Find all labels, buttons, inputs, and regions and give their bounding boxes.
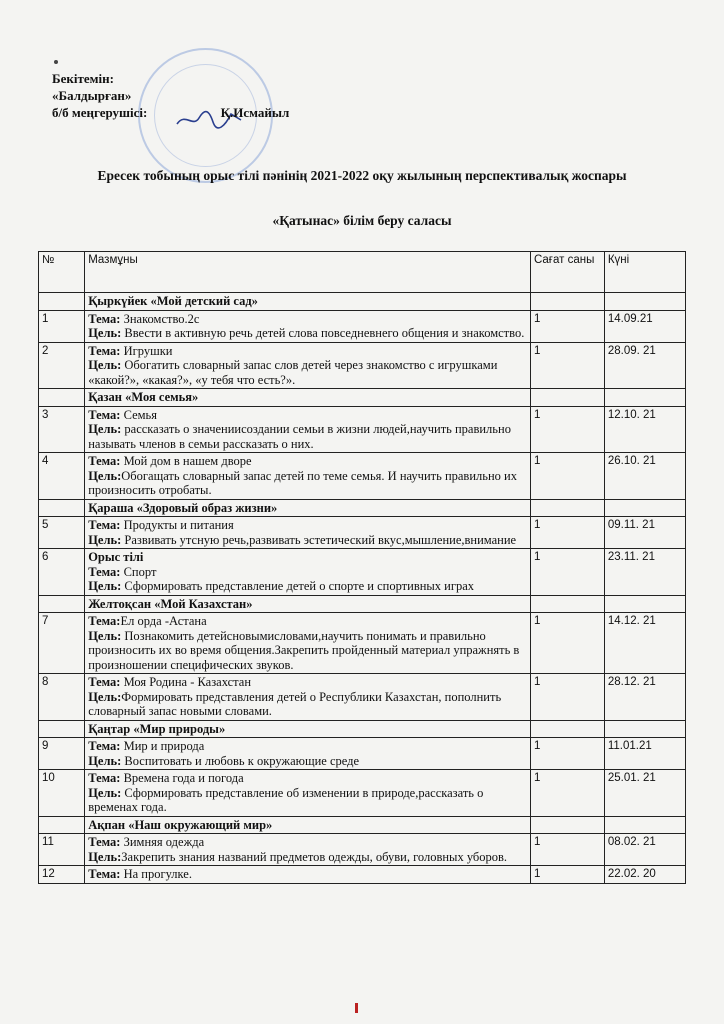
section-hours-cell xyxy=(530,499,604,517)
goal-label: Цель: xyxy=(88,786,121,800)
row-number: 5 xyxy=(39,517,85,549)
row-content: Тема: СемьяЦель: рассказать о значениисо… xyxy=(85,406,531,453)
section-hours-cell xyxy=(530,389,604,407)
section-num-cell xyxy=(39,595,85,613)
row-topic: Тема: Времена года и погода xyxy=(88,771,527,786)
row-date: 11.01.21 xyxy=(604,738,685,770)
topic-label: Тема: xyxy=(88,518,120,532)
goal-label: Цель: xyxy=(88,422,121,436)
plan-table: № Мазмұны Сағат саны Күні Қыркүйек «Мой … xyxy=(38,251,686,884)
section-title: Қазан «Моя семья» xyxy=(85,389,531,407)
row-hours: 1 xyxy=(530,738,604,770)
row-date: 09.11. 21 xyxy=(604,517,685,549)
row-number: 8 xyxy=(39,674,85,721)
row-topic: Тема: Семья xyxy=(88,408,527,423)
row-goal: Цель: Обогатить словарный запас слов дет… xyxy=(88,358,527,387)
row-date: 12.10. 21 xyxy=(604,406,685,453)
topic-text: Времена года и погода xyxy=(120,771,243,785)
row-topic: Тема: Игрушки xyxy=(88,344,527,359)
row-number: 7 xyxy=(39,613,85,674)
row-content: Тема: Продукты и питанияЦель: Развивать … xyxy=(85,517,531,549)
row-goal: Цель: Воспитовать и любовь к окружающие … xyxy=(88,754,527,769)
goal-label: Цель: xyxy=(88,358,121,372)
approval-position: б/б меңгерушісі: xyxy=(52,105,147,120)
goal-label: Цель: xyxy=(88,579,121,593)
row-goal: Цель: Ввести в активную речь детей слова… xyxy=(88,326,527,341)
row-date: 08.02. 21 xyxy=(604,834,685,866)
row-goal: Цель: Сформировать представление об изме… xyxy=(88,786,527,815)
topic-text: Мой дом в нашем дворе xyxy=(120,454,251,468)
section-num-cell xyxy=(39,499,85,517)
row-hours: 1 xyxy=(530,613,604,674)
row-hours: 1 xyxy=(530,517,604,549)
topic-label: Тема: xyxy=(88,454,120,468)
header-date: Күні xyxy=(604,252,685,293)
row-date: 25.01. 21 xyxy=(604,770,685,817)
row-hours: 1 xyxy=(530,866,604,884)
table-row: 7Тема:Ел орда -АстанаЦель: Познакомить д… xyxy=(39,613,686,674)
table-header-row: № Мазмұны Сағат саны Күні xyxy=(39,252,686,293)
section-hours-cell xyxy=(530,816,604,834)
table-row: 1Тема: Знакомство.2сЦель: Ввести в актив… xyxy=(39,310,686,342)
row-date: 14.09.21 xyxy=(604,310,685,342)
row-topic: Тема: Мир и природа xyxy=(88,739,527,754)
row-topic: Тема: Продукты и питания xyxy=(88,518,527,533)
row-content: Тема: Моя Родина - КазахстанЦель:Формиро… xyxy=(85,674,531,721)
topic-label: Тема: xyxy=(88,739,120,753)
section-hours-cell xyxy=(530,720,604,738)
topic-text: Продукты и питания xyxy=(120,518,233,532)
section-title: Желтоқсан «Мой Казахстан» xyxy=(85,595,531,613)
row-goal: Цель: Сформировать представление детей о… xyxy=(88,579,527,594)
goal-text: Обогатить словарный запас слов детей чер… xyxy=(88,358,497,387)
row-hours: 1 xyxy=(530,674,604,721)
row-topic: Тема:Ел орда -Астана xyxy=(88,614,527,629)
section-date-cell xyxy=(604,499,685,517)
section-row: Ақпан «Наш окружающий мир» xyxy=(39,816,686,834)
section-row: Желтоқсан «Мой Казахстан» xyxy=(39,595,686,613)
row-content: Тема: Времена года и погодаЦель: Сформир… xyxy=(85,770,531,817)
row-goal: Цель: Развивать утсную речь,развивать эс… xyxy=(88,533,527,548)
section-title: Қаңтар «Мир природы» xyxy=(85,720,531,738)
row-content: Тема: ИгрушкиЦель: Обогатить словарный з… xyxy=(85,342,531,389)
goal-label: Цель: xyxy=(88,690,121,704)
scan-speck xyxy=(54,60,58,64)
goal-label: Цель: xyxy=(88,326,121,340)
table-row: 6Орыс тіліТема: СпортЦель: Сформировать … xyxy=(39,549,686,596)
approval-signer: Қ.Исмайыл xyxy=(221,105,290,120)
row-content: Тема: Зимняя одеждаЦель:Закрепить знания… xyxy=(85,834,531,866)
document-page: Бекітемін: «Балдырған» б/б меңгерушісі: … xyxy=(0,0,724,1024)
table-row: 5Тема: Продукты и питанияЦель: Развивать… xyxy=(39,517,686,549)
topic-label: Тема: xyxy=(88,835,120,849)
topic-text: Спорт xyxy=(120,565,156,579)
table-row: 2Тема: ИгрушкиЦель: Обогатить словарный … xyxy=(39,342,686,389)
row-hours: 1 xyxy=(530,342,604,389)
topic-label: Тема: xyxy=(88,867,120,881)
topic-text: Знакомство.2с xyxy=(120,312,199,326)
goal-label: Цель: xyxy=(88,629,121,643)
approval-line-1: Бекітемін: xyxy=(52,70,289,87)
approval-line-2: «Балдырған» xyxy=(52,87,289,104)
table-row: 9Тема: Мир и природаЦель: Воспитовать и … xyxy=(39,738,686,770)
scan-mark xyxy=(355,1003,358,1013)
row-topic: Тема: Знакомство.2с xyxy=(88,312,527,327)
goal-text: Закрепить знания названий предметов одеж… xyxy=(121,850,507,864)
goal-text: Формировать представления детей о Респуб… xyxy=(88,690,501,719)
topic-text: Зимняя одежда xyxy=(120,835,204,849)
goal-label: Цель: xyxy=(88,533,121,547)
section-date-cell xyxy=(604,720,685,738)
section-num-cell xyxy=(39,816,85,834)
row-number: 4 xyxy=(39,453,85,500)
row-number: 10 xyxy=(39,770,85,817)
row-hours: 1 xyxy=(530,310,604,342)
row-date: 28.12. 21 xyxy=(604,674,685,721)
section-num-cell xyxy=(39,389,85,407)
document-subtitle: «Қатынас» білім беру саласы xyxy=(0,213,724,229)
section-date-cell xyxy=(604,816,685,834)
table-row: 3Тема: СемьяЦель: рассказать о значениис… xyxy=(39,406,686,453)
table-row: 10Тема: Времена года и погодаЦель: Сформ… xyxy=(39,770,686,817)
row-subject: Орыс тілі xyxy=(88,550,527,565)
row-number: 9 xyxy=(39,738,85,770)
row-date: 14.12. 21 xyxy=(604,613,685,674)
goal-text: Сформировать представление об изменении … xyxy=(88,786,483,815)
row-date: 28.09. 21 xyxy=(604,342,685,389)
row-goal: Цель:Обогащать словарный запас детей по … xyxy=(88,469,527,498)
section-row: Қыркүйек «Мой детский сад» xyxy=(39,293,686,311)
topic-label: Тема: xyxy=(88,344,120,358)
approval-line-3: б/б меңгерушісі: Қ.Исмайыл xyxy=(52,104,289,121)
row-content: Тема: Знакомство.2сЦель: Ввести в активн… xyxy=(85,310,531,342)
topic-label: Тема: xyxy=(88,614,120,628)
topic-label: Тема: xyxy=(88,312,120,326)
header-num: № xyxy=(39,252,85,293)
topic-label: Тема: xyxy=(88,771,120,785)
row-content: Тема: Мир и природаЦель: Воспитовать и л… xyxy=(85,738,531,770)
row-number: 2 xyxy=(39,342,85,389)
topic-label: Тема: xyxy=(88,565,120,579)
section-num-cell xyxy=(39,293,85,311)
goal-text: Познакомить детейсновымисловами,научить … xyxy=(88,629,519,672)
row-hours: 1 xyxy=(530,834,604,866)
table-row: 11Тема: Зимняя одеждаЦель:Закрепить знан… xyxy=(39,834,686,866)
section-date-cell xyxy=(604,389,685,407)
section-row: Қаңтар «Мир природы» xyxy=(39,720,686,738)
goal-text: Обогащать словарный запас детей по теме … xyxy=(88,469,517,498)
row-goal: Цель: рассказать о значениисоздании семь… xyxy=(88,422,527,451)
goal-text: Сформировать представление детей о спорт… xyxy=(121,579,474,593)
goal-label: Цель: xyxy=(88,754,121,768)
header-content: Мазмұны xyxy=(85,252,531,293)
table-row: 12Тема: На прогулке.122.02. 20 xyxy=(39,866,686,884)
row-hours: 1 xyxy=(530,406,604,453)
approval-block: Бекітемін: «Балдырған» б/б меңгерушісі: … xyxy=(52,70,289,121)
document-title: Ересек тобының орыс тілі пәнінің 2021-20… xyxy=(0,168,724,184)
section-hours-cell xyxy=(530,595,604,613)
row-date: 23.11. 21 xyxy=(604,549,685,596)
topic-text: Мир и природа xyxy=(120,739,204,753)
row-goal: Цель:Закрепить знания названий предметов… xyxy=(88,850,527,865)
row-goal: Цель: Познакомить детейсновымисловами,на… xyxy=(88,629,527,673)
row-date: 26.10. 21 xyxy=(604,453,685,500)
row-topic: Тема: На прогулке. xyxy=(88,867,527,882)
row-topic: Тема: Зимняя одежда xyxy=(88,835,527,850)
row-number: 6 xyxy=(39,549,85,596)
section-title: Қыркүйек «Мой детский сад» xyxy=(85,293,531,311)
section-row: Қазан «Моя семья» xyxy=(39,389,686,407)
row-goal: Цель:Формировать представления детей о Р… xyxy=(88,690,527,719)
row-content: Тема: На прогулке. xyxy=(85,866,531,884)
topic-text: Моя Родина - Казахстан xyxy=(120,675,251,689)
goal-label: Цель: xyxy=(88,469,121,483)
section-date-cell xyxy=(604,293,685,311)
table-row: 8Тема: Моя Родина - КазахстанЦель:Формир… xyxy=(39,674,686,721)
section-title: Ақпан «Наш окружающий мир» xyxy=(85,816,531,834)
topic-text: На прогулке. xyxy=(120,867,192,881)
section-row: Қараша «Здоровый образ жизни» xyxy=(39,499,686,517)
topic-label: Тема: xyxy=(88,408,120,422)
section-date-cell xyxy=(604,595,685,613)
goal-text: рассказать о значениисоздании семьи в жи… xyxy=(88,422,511,451)
row-topic: Тема: Спорт xyxy=(88,565,527,580)
table-row: 4Тема: Мой дом в нашем двореЦель:Обогаща… xyxy=(39,453,686,500)
header-hours: Сағат саны xyxy=(530,252,604,293)
row-topic: Тема: Мой дом в нашем дворе xyxy=(88,454,527,469)
row-hours: 1 xyxy=(530,770,604,817)
goal-text: Ввести в активную речь детей слова повсе… xyxy=(121,326,524,340)
topic-text: Семья xyxy=(120,408,157,422)
row-hours: 1 xyxy=(530,549,604,596)
row-hours: 1 xyxy=(530,453,604,500)
section-hours-cell xyxy=(530,293,604,311)
row-topic: Тема: Моя Родина - Казахстан xyxy=(88,675,527,690)
row-content: Орыс тіліТема: СпортЦель: Сформировать п… xyxy=(85,549,531,596)
row-number: 11 xyxy=(39,834,85,866)
topic-text: Ел орда -Астана xyxy=(120,614,206,628)
row-number: 3 xyxy=(39,406,85,453)
goal-text: Воспитовать и любовь к окружающие среде xyxy=(121,754,359,768)
section-num-cell xyxy=(39,720,85,738)
row-date: 22.02. 20 xyxy=(604,866,685,884)
section-title: Қараша «Здоровый образ жизни» xyxy=(85,499,531,517)
row-content: Тема: Мой дом в нашем двореЦель:Обогащат… xyxy=(85,453,531,500)
row-number: 12 xyxy=(39,866,85,884)
row-number: 1 xyxy=(39,310,85,342)
goal-text: Развивать утсную речь,развивать эстетиче… xyxy=(121,533,516,547)
row-content: Тема:Ел орда -АстанаЦель: Познакомить де… xyxy=(85,613,531,674)
topic-text: Игрушки xyxy=(120,344,172,358)
goal-label: Цель: xyxy=(88,850,121,864)
topic-label: Тема: xyxy=(88,675,120,689)
